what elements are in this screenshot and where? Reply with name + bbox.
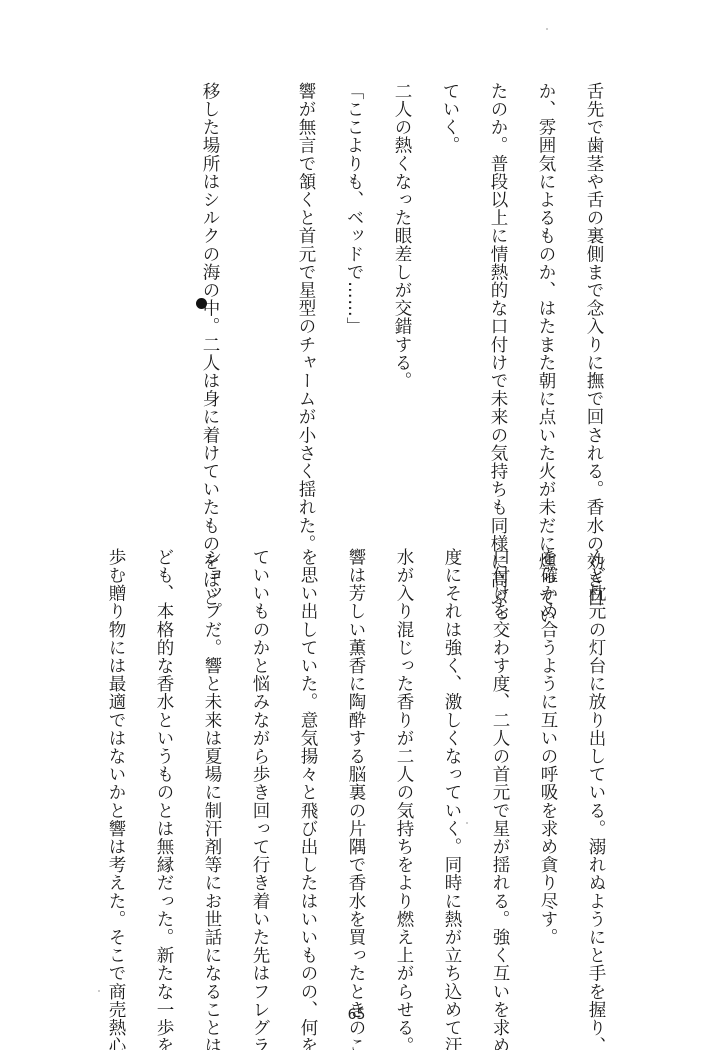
dialogue-line: 「ここよりも、ベッドで……」 (330, 82, 378, 512)
text-line: 響が無言で頷くと首元で星型のチャームが小さく揺れた。 (282, 82, 330, 512)
text-line: 度にそれは強く、激しくなっていく。同時に熱が立ち込めて汗と香 (428, 548, 476, 988)
text-line: 二人の熱くなった眼差しが交錯する。 (378, 82, 426, 512)
text-line: たのか。普段以上に情熱的な口付けで未来の気持ちも同様に高ぶっ (474, 82, 522, 512)
scan-speck (546, 28, 548, 30)
text-line: ども、本格的な香水というものとは無縁だった。新たな一歩を共に (140, 548, 188, 988)
text-line: 水が入り混じった香りが二人の気持ちをより燃え上がらせる。 (380, 548, 428, 988)
book-page: 舌先で歯茎や舌の裏側まで念入りに撫で回される。香水の効き目 か、雰囲気によるもの… (0, 0, 713, 1050)
text-line: 響は芳しい薫香に陶酔する脳裏の片隅で香水を買ったときのこと (332, 548, 380, 988)
text-line: を思い出していた。意気揚々と飛び出したはいいものの、何を贈っ (284, 548, 332, 988)
text-line: んど枕元の灯台に放り出している。溺れぬようにと手を握り、存在 (572, 548, 620, 988)
scan-speck (466, 822, 468, 824)
lower-text-block: んど枕元の灯台に放り出している。溺れぬようにと手を握り、存在 を確かめ合うように… (92, 548, 620, 988)
text-line: 歩む贈り物には最適ではないかと響は考えた。そこで商売熱心な女 (92, 548, 140, 988)
text-line: か、雰囲気によるものか、はたまた朝に点いた火が未だに燻ってい (522, 82, 570, 512)
text-line: ショップだ。響と未来は夏場に制汗剤等にお世話になることはあれ (188, 548, 236, 988)
text-line: 口付けを交わす度、二人の首元で星が揺れる。強く互いを求める (476, 548, 524, 988)
scan-speck (98, 990, 100, 992)
blank-line: ​ (234, 82, 282, 512)
text-line: を確かめ合うように互いの呼吸を求め貪り尽す。 (524, 548, 572, 988)
text-line: ていく。 (426, 82, 474, 512)
text-line: ていいものかと悩みながら歩き回って行き着いた先はフレグランス (236, 548, 284, 988)
text-line: 舌先で歯茎や舌の裏側まで念入りに撫で回される。香水の効き目 (570, 82, 618, 512)
text-line: 移した場所はシルクの海の中。二人は身に着けていたものをほと (186, 82, 234, 512)
page-number: 65 (0, 1007, 713, 1023)
upper-text-block: 舌先で歯茎や舌の裏側まで念入りに撫で回される。香水の効き目 か、雰囲気によるもの… (186, 82, 618, 512)
section-break-bullet-icon (196, 298, 207, 309)
